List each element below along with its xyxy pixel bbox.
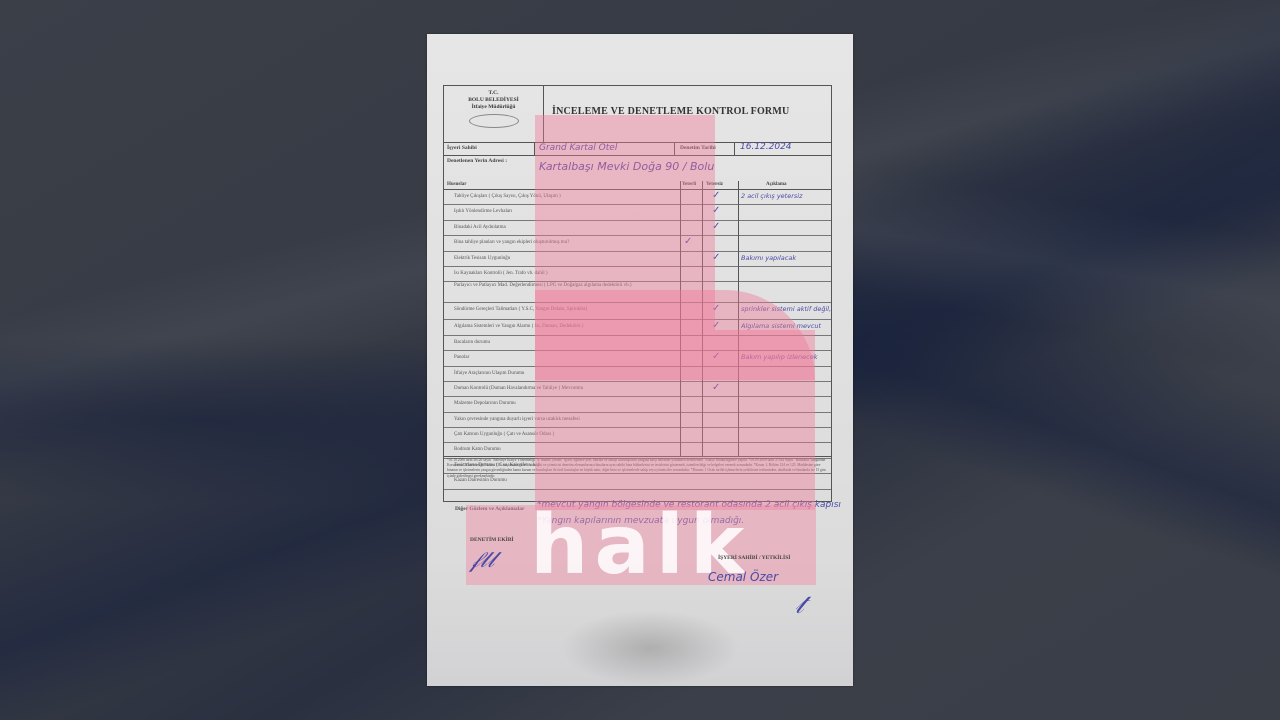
row-topic: Bacaların durumu [454, 340, 490, 345]
row-topic: Işıklı Yönlendirme Levhaları [454, 209, 512, 214]
row-note[interactable]: Bakımı yapılacak [741, 254, 831, 262]
org-line: İtfaiye Müdürlüğü [444, 104, 543, 111]
seal-icon [469, 114, 519, 128]
date-value[interactable]: 16.12.2024 [740, 142, 792, 152]
org-line: BOLU BELEDİYESİ [444, 97, 543, 104]
row-topic: Bodrum Katın Durumu [454, 447, 501, 452]
owner-name[interactable]: Cemal Özer [708, 570, 778, 584]
row-topic: Binadaki Acil Aydınlatma [454, 225, 506, 230]
watermark-h-leg [715, 330, 815, 510]
address-label: Denetlenen Yerin Adresi : [447, 158, 507, 164]
background-wave [840, 0, 1280, 720]
page-shadow [560, 610, 740, 686]
row-note[interactable]: 2 acil çıkış yetersiz [741, 192, 831, 200]
team-signature: 𝒻𝓁𝓁 [470, 548, 494, 573]
row-topic: İtfaiye Araçlarının Ulaşım Durumu [454, 371, 524, 376]
row-topic: Malzeme Depolarının Durumu [454, 401, 516, 406]
col-topics: Hususlar [447, 182, 466, 187]
owner-label: İşyeri Sahibi [447, 145, 477, 151]
col-notes: Açıklama [766, 182, 787, 187]
owner-signature: 𝓉 [795, 590, 804, 621]
row-topic: Isı Kaynakları Kontrolü ( Jen. Trafo vb.… [454, 271, 548, 276]
owner-signature-label: İŞYERİ SAHİBİ / YETKİLİSİ [718, 555, 790, 561]
inspection-team-label: DENETİM EKİBİ [470, 537, 514, 543]
org-line: T.C. [444, 90, 543, 97]
row-topic: Elektrik Tesisatı Uygunluğu [454, 256, 510, 261]
row-topic: Panolar [454, 355, 469, 360]
org-block: T.C. BOLU BELEDİYESİ İtfaiye Müdürlüğü [444, 86, 544, 142]
